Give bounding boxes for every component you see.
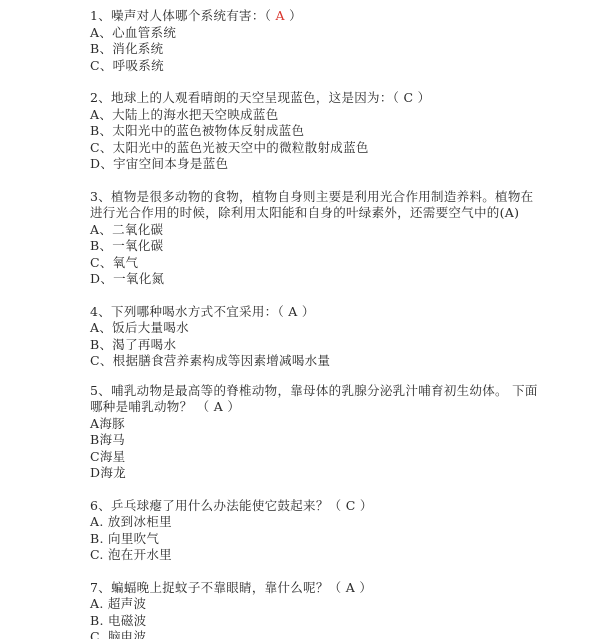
option: B、太阳光中的蓝色被物体反射成蓝色 — [90, 123, 530, 140]
question-stem: 2、地球上的人观看晴朗的天空呈现蓝色，这是因为：（ C ） — [90, 90, 530, 107]
option: B海马 — [90, 432, 530, 449]
question-stem-cont: 进行光合作用的时候，除利用太阳能和自身的叶绿素外，还需要空气中的(A) — [90, 205, 530, 222]
option: B、渴了再喝水 — [90, 337, 530, 354]
question-1: 1、噪声对人体哪个系统有害：（ A ） A、心血管系统 B、消化系统 C、呼吸系… — [90, 8, 530, 74]
option: B. 向里吹气 — [90, 531, 530, 548]
option: C. 泡在开水里 — [90, 547, 530, 564]
question-7: 7、蝙蝠晚上捉蚊子不靠眼睛，靠什么呢？（ A ） A. 超声波 B. 电磁波 C… — [90, 580, 530, 639]
quiz-document: 1、噪声对人体哪个系统有害：（ A ） A、心血管系统 B、消化系统 C、呼吸系… — [90, 8, 530, 639]
option: D海龙 — [90, 465, 530, 482]
option: B、消化系统 — [90, 41, 530, 58]
option: B、一氧化碳 — [90, 238, 530, 255]
answer-highlight: A — [275, 8, 284, 23]
option: C、氧气 — [90, 255, 530, 272]
question-stem: 7、蝙蝠晚上捉蚊子不靠眼睛，靠什么呢？（ A ） — [90, 580, 530, 597]
spacer — [90, 482, 530, 498]
question-4: 4、下列哪种喝水方式不宜采用：（ A ） A、饭后大量喝水 B、渴了再喝水 C、… — [90, 304, 530, 370]
spacer — [90, 288, 530, 304]
option: D、宇宙空间本身是蓝色 — [90, 156, 530, 173]
option: A、大陆上的海水把天空映成蓝色 — [90, 107, 530, 124]
spacer — [90, 370, 530, 383]
stem-text: 1、噪声对人体哪个系统有害：（ — [90, 8, 275, 23]
spacer — [90, 173, 530, 189]
question-stem-cont: 哪种是哺乳动物？ （ A ） — [90, 399, 530, 416]
question-2: 2、地球上的人观看晴朗的天空呈现蓝色，这是因为：（ C ） A、大陆上的海水把天… — [90, 90, 530, 173]
spacer — [90, 74, 530, 90]
option: B. 电磁波 — [90, 613, 530, 630]
option: C、呼吸系统 — [90, 58, 530, 75]
option: A海豚 — [90, 416, 530, 433]
option: A、二氧化碳 — [90, 222, 530, 239]
stem-suffix: ） — [285, 8, 302, 23]
option: A、心血管系统 — [90, 25, 530, 42]
option: A、饭后大量喝水 — [90, 320, 530, 337]
question-6: 6、乒乓球瘪了用什么办法能使它鼓起来？（ C ） A. 放到冰柜里 B. 向里吹… — [90, 498, 530, 564]
question-stem: 6、乒乓球瘪了用什么办法能使它鼓起来？（ C ） — [90, 498, 530, 515]
question-3: 3、植物是很多动物的食物，植物自身则主要是利用光合作用制造养料。植物在 进行光合… — [90, 189, 530, 288]
question-stem: 1、噪声对人体哪个系统有害：（ A ） — [90, 8, 530, 25]
option: C、太阳光中的蓝色光被天空中的微粒散射成蓝色 — [90, 140, 530, 157]
option: C、根据膳食营养素构成等因素增减喝水量 — [90, 353, 530, 370]
question-stem: 5、哺乳动物是最高等的脊椎动物，靠母体的乳腺分泌乳汁哺育初生幼体。 下面 — [90, 383, 530, 400]
spacer — [90, 564, 530, 580]
question-5: 5、哺乳动物是最高等的脊椎动物，靠母体的乳腺分泌乳汁哺育初生幼体。 下面 哪种是… — [90, 383, 530, 482]
option: D、一氧化氮 — [90, 271, 530, 288]
question-stem: 3、植物是很多动物的食物，植物自身则主要是利用光合作用制造养料。植物在 — [90, 189, 530, 206]
option: A. 超声波 — [90, 596, 530, 613]
option: C海星 — [90, 449, 530, 466]
option: A. 放到冰柜里 — [90, 514, 530, 531]
option: C. 脑电波 — [90, 629, 530, 639]
question-stem: 4、下列哪种喝水方式不宜采用：（ A ） — [90, 304, 530, 321]
